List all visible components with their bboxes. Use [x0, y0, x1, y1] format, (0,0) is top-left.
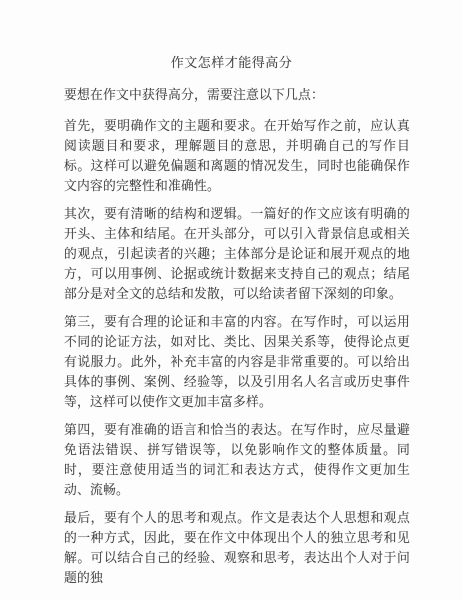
paragraph-last-truncated: 最后，要有个人的思考和观点。作文是表达个人思想和观点的一种方式，因此，要在作文中… [64, 508, 410, 588]
paragraph-second: 其次，要有清晰的结构和逻辑。一篇好的作文应该有明确的开头、主体和结尾。在开头部分… [64, 204, 410, 304]
paragraph-third: 第三，要有合理的论证和丰富的内容。在写作时，可以运用不同的论证方法，如对比、类比… [64, 312, 410, 412]
paragraph-first: 首先，要明确作文的主题和要求。在开始写作之前，应认真阅读题目和要求，理解题目的意… [64, 116, 410, 196]
document-title: 作文怎样才能得高分 [0, 53, 463, 73]
document-page: 作文怎样才能得高分 要想在作文中获得高分，需要注意以下几点： 首先，要明确作文的… [0, 0, 463, 600]
intro-line: 要想在作文中获得高分，需要注意以下几点： [64, 85, 410, 105]
document-body: 要想在作文中获得高分，需要注意以下几点： 首先，要明确作文的主题和要求。在开始写… [64, 85, 410, 596]
document-canvas: { "document": { "title": "作文怎样才能得高分", "i… [0, 0, 463, 600]
paragraph-fourth: 第四，要有准确的语言和恰当的表达。在写作时，应尽量避免语法错误、拼写错误等，以免… [64, 420, 410, 500]
